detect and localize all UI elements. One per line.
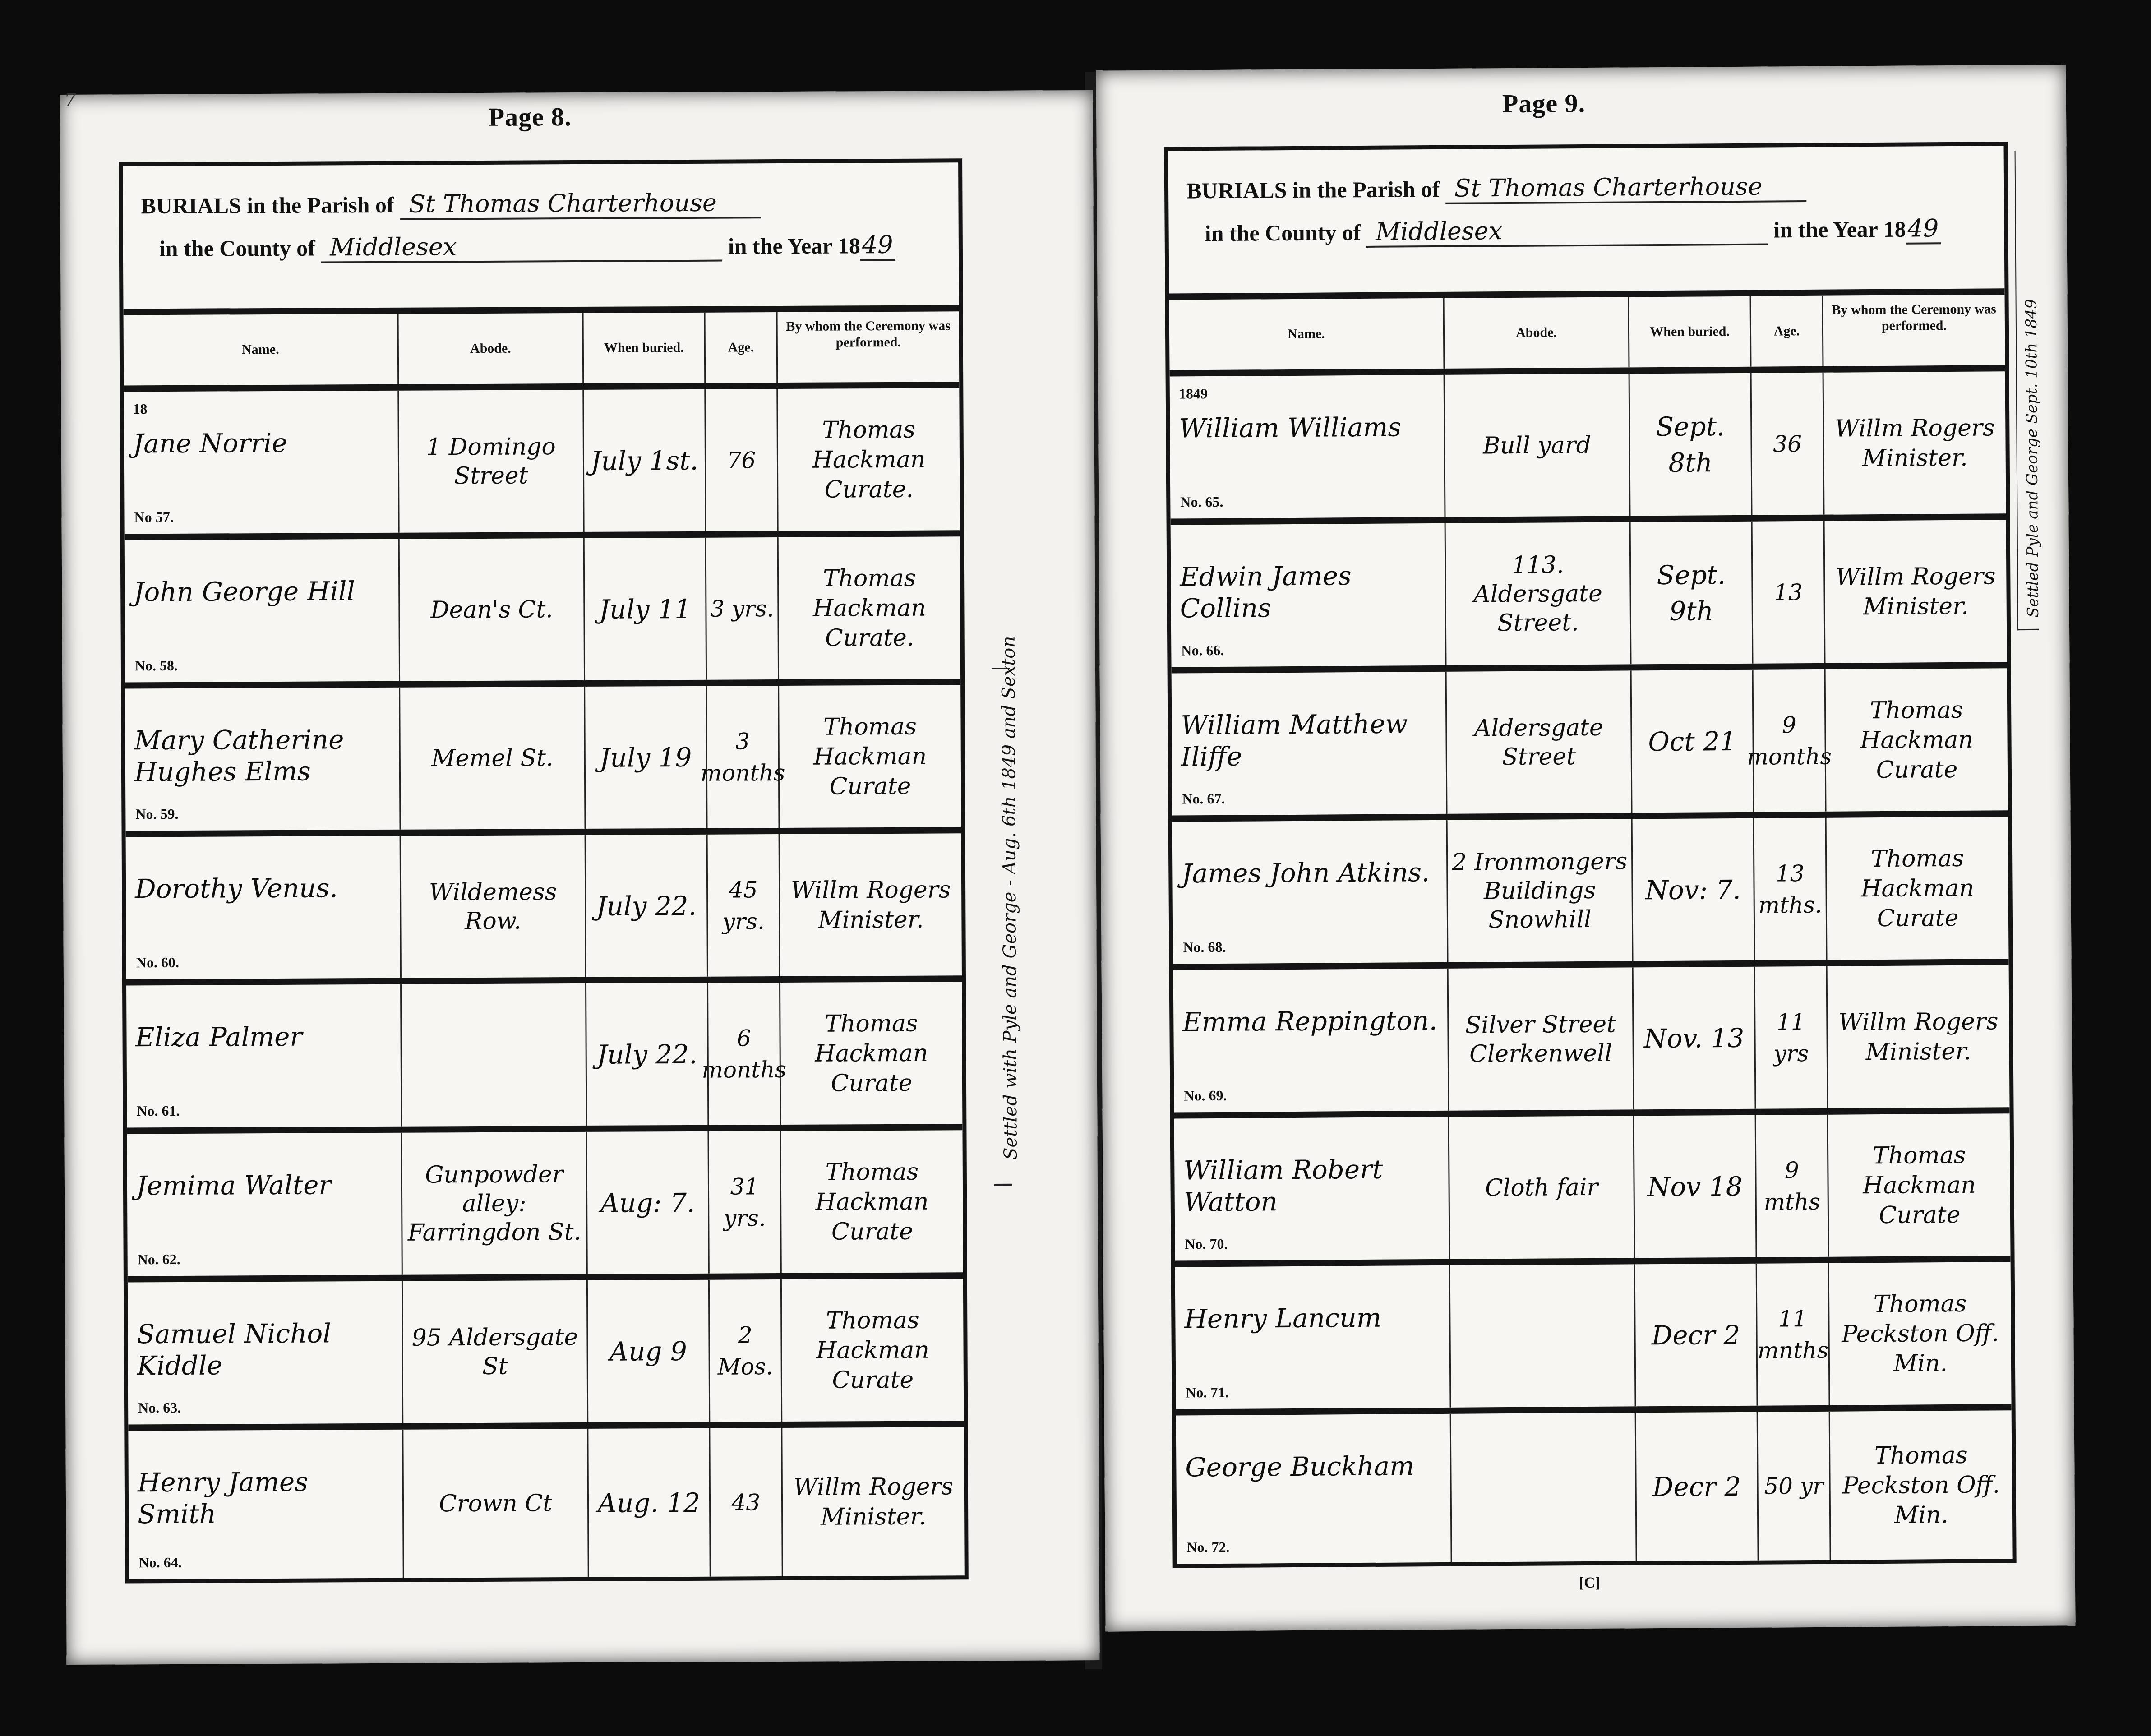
year-field: 49 (860, 231, 895, 261)
entry-when-buried-cell: Aug. 12 (588, 1428, 711, 1577)
entry-name: John George Hill (134, 575, 389, 608)
entry-number: No. 71. (1186, 1384, 1228, 1401)
entry-number: No 57. (134, 509, 173, 526)
entry-age: 31 yrs. (709, 1171, 780, 1234)
entry-age: 11 mnths (1757, 1302, 1828, 1366)
burial-register-table: BURIALS in the Parish of St Thomas Chart… (119, 158, 969, 1583)
entry-name: Henry James Smith (138, 1466, 394, 1530)
entry-when-buried-cell: July 11 (585, 538, 707, 680)
entry-minister: Willm Rogers Minister. (780, 875, 962, 935)
entry-age-cell: 31 yrs. (709, 1131, 781, 1274)
column-header-abode: Abode. (399, 313, 584, 384)
entry-name: George Buckham (1185, 1450, 1441, 1483)
register-header: BURIALS in the Parish of St Thomas Chart… (1168, 146, 2005, 300)
footer-signature-mark: [C] (1579, 1574, 1600, 1592)
entry-minister: Thomas Hackman Curate (780, 1008, 962, 1099)
entry-when-buried: Sept. 9th (1631, 556, 1752, 629)
entry-when-buried-cell: Oct 21 (1632, 670, 1754, 813)
entry-name-cell: John George Hill No. 58. (125, 539, 400, 683)
entry-when-buried: Nov. 13 (1644, 1020, 1745, 1056)
entry-when-buried-cell: July 19 (585, 686, 707, 829)
year-annotation: 18 (133, 401, 147, 417)
entry-abode: 2 Ironmongers Buildings Snowhill (1448, 847, 1632, 934)
entry-when-buried: Aug. 12 (598, 1484, 700, 1521)
entry-abode-cell: Crown Ct (403, 1429, 589, 1578)
column-header-age: Age. (706, 312, 778, 383)
entry-when-buried: July 19 (600, 739, 692, 776)
burial-entry-row: John George Hill No. 58. Dean's Ct. July… (125, 536, 960, 688)
entry-abode: Gunpowder alley: Farringdon St. (402, 1159, 586, 1247)
entry-when-buried: July 22. (597, 1036, 697, 1072)
register-header: BURIALS in the Parish of St Thomas Chart… (123, 162, 959, 315)
entry-name-cell: Mary Catherine Hughes Elms No. 59. (125, 688, 401, 831)
entry-abode: Crown Ct (439, 1489, 552, 1518)
entry-name: Henry Lancum (1184, 1302, 1440, 1334)
entry-age-cell: 3 months (707, 686, 780, 828)
entry-minister: Thomas Hackman Curate. (779, 563, 960, 653)
burial-entry-row: Dorothy Venus. No. 60. Wildemess Row. Ju… (126, 833, 962, 985)
column-headers: Name. Abode. When buried. Age. By whom t… (1169, 295, 2005, 376)
entry-name: James John Atkins. (1182, 856, 1437, 889)
entry-number: No. 58. (135, 657, 178, 674)
entry-name: Samuel Nichol Kiddle (137, 1317, 393, 1381)
entry-abode: Bull yard (1483, 430, 1591, 460)
entry-name: Emma Reppington. (1182, 1005, 1438, 1038)
entry-when-buried-cell: Nov 18 (1634, 1115, 1757, 1258)
entry-minister: Thomas Hackman Curate (1827, 843, 2008, 933)
entry-abode-cell: Dean's Ct. (400, 538, 585, 681)
entry-abode-cell: Bull yard (1445, 374, 1631, 517)
entry-name: Mary Catherine Hughes Elms (134, 724, 391, 788)
entry-abode-cell: Gunpowder alley: Farringdon St. (402, 1132, 587, 1275)
entry-age: 6 months (702, 1022, 786, 1086)
entry-when-buried-cell: Sept. 8th (1630, 373, 1753, 516)
register-page-8: 7 Page 8. BURIALS in the Parish of St Th… (60, 90, 1099, 1665)
parish-field: St Thomas Charterhouse (1445, 172, 1806, 204)
entry-age-cell: 43 (710, 1428, 783, 1577)
entry-name-cell: Samuel Nichol Kiddle No. 63. (128, 1281, 403, 1425)
entry-name-cell: Dorothy Venus. No. 60. (126, 836, 402, 979)
entry-age-cell: 2 Mos. (710, 1279, 782, 1422)
entry-when-buried: Oct 21 (1648, 723, 1736, 759)
entry-age: 3 yrs. (710, 593, 774, 625)
entry-abode-cell: 1 Domingo Street (399, 390, 584, 533)
entry-abode: Cloth fair (1485, 1173, 1598, 1202)
parish-field: St Thomas Charterhouse (400, 188, 761, 220)
burial-entry-row: Mary Catherine Hughes Elms No. 59. Memel… (125, 685, 961, 837)
burial-entry-row: Henry Lancum No. 71. Decr 2 11 mnths Tho… (1175, 1262, 2012, 1415)
year-label: in the Year 18 (728, 233, 860, 259)
entry-minister-cell: Thomas Hackman Curate. (779, 536, 960, 679)
entries: 18 Jane Norrie No 57. 1 Domingo Street J… (124, 388, 964, 1579)
column-header-name: Name. (124, 314, 399, 386)
entry-when-buried-cell: Decr 2 (1636, 1412, 1759, 1561)
entry-when-buried-cell: Nov: 7. (1633, 818, 1755, 961)
entry-abode: 113. Aldersgate Street. (1446, 550, 1630, 637)
burial-entry-row: Samuel Nichol Kiddle No. 63. 95 Aldersga… (128, 1279, 964, 1431)
entry-name-cell: Eliza Palmer No. 61. (126, 984, 402, 1128)
entry-minister-cell: Thomas Peckston Off. Min. (1830, 1410, 2013, 1560)
entry-abode-cell: Wildemess Row. (401, 835, 586, 978)
column-header-minister: By whom the Ceremony was performed. (778, 311, 960, 383)
entry-when-buried: Sept. 8th (1630, 408, 1751, 481)
county-field: Middlesex (321, 231, 722, 263)
entry-abode-cell: Silver Street Clerkenwell (1449, 967, 1634, 1110)
entry-number: No. 69. (1184, 1087, 1227, 1104)
entry-abode-cell: Aldersgate Street (1447, 670, 1633, 813)
entry-when-buried: July 1st. (591, 442, 698, 479)
entry-age: 13 (1774, 577, 1803, 608)
entry-when-buried: July 22. (596, 887, 697, 924)
entry-name: Dorothy Venus. (135, 872, 391, 905)
burial-entry-row: William Matthew Iliffe No. 67. Aldersgat… (1172, 668, 2008, 822)
entry-name-cell: Jemima Walter No. 62. (127, 1133, 402, 1276)
entry-age-cell: 3 yrs. (706, 537, 779, 680)
entry-abode: Dean's Ct. (430, 595, 553, 624)
entry-name: Jemima Walter (136, 1169, 392, 1201)
entry-minister: Willm Rogers Minister. (1825, 561, 2007, 622)
entry-age: 11 yrs (1755, 1006, 1827, 1069)
entry-when-buried: Nov 18 (1648, 1168, 1743, 1205)
margin-note: Settled Pyle and George Sept. 10th 1849 (2022, 299, 2042, 618)
page-number: Page 8. (488, 102, 571, 132)
entry-number: No. 68. (1183, 939, 1226, 956)
entry-abode: Aldersgate Street (1447, 713, 1631, 771)
entry-number: No. 60. (136, 954, 179, 971)
entry-when-buried: Decr 2 (1652, 1468, 1741, 1505)
entry-name: William Robert Watton (1183, 1153, 1440, 1218)
entry-when-buried-cell: July 22. (586, 835, 708, 977)
entry-age: 2 Mos. (710, 1319, 781, 1383)
entry-name-cell: George Buckham No. 72. (1176, 1414, 1452, 1564)
burial-entry-row: Edwin James Collins No. 66. 113. Aldersg… (1171, 520, 2007, 673)
entry-number: No. 63. (138, 1399, 181, 1416)
entry-minister-cell: Thomas Peckston Off. Min. (1829, 1262, 2012, 1405)
entry-number: No. 62. (138, 1251, 180, 1268)
margin-note: Settled with Pyle and George - Aug. 6th … (998, 636, 1021, 1160)
entry-age-cell: 36 (1752, 373, 1825, 515)
entry-age: 9 months (1747, 709, 1832, 772)
entry-age-cell: 9 mths (1756, 1115, 1829, 1257)
entry-when-buried-cell: July 1st. (584, 389, 706, 532)
entry-age-cell: 76 (706, 389, 778, 531)
entry-abode-cell: 113. Aldersgate Street. (1446, 522, 1632, 665)
burial-entry-row: 1849 William Williams No. 65. Bull yard … (1170, 371, 2006, 525)
corner-mark: 7 (64, 90, 76, 111)
entry-abode-cell (1451, 1413, 1637, 1562)
entry-number: No. 67. (1182, 790, 1225, 808)
entry-minister: Thomas Hackman Curate (781, 1157, 963, 1247)
burial-entry-row: William Robert Watton No. 70. Cloth fair… (1174, 1113, 2011, 1267)
entry-name-cell: 1849 William Williams No. 65. (1170, 375, 1446, 519)
entry-abode: 1 Domingo Street (399, 432, 583, 490)
entry-age: 36 (1773, 428, 1802, 460)
burial-entry-row: Henry James Smith No. 64. Crown Ct Aug. … (128, 1427, 964, 1579)
entry-name-cell: James John Atkins. No. 68. (1172, 820, 1449, 964)
entry-abode: Silver Street Clerkenwell (1449, 1010, 1633, 1068)
year-field: 49 (1906, 214, 1941, 244)
entries: 1849 William Williams No. 65. Bull yard … (1170, 371, 2013, 1564)
entry-abode: Memel St. (431, 743, 554, 773)
entry-minister: Willm Rogers Minister. (783, 1472, 965, 1532)
entry-when-buried-cell: Decr 2 (1635, 1264, 1758, 1407)
entry-abode: 95 Aldersgate St (403, 1322, 587, 1381)
entry-minister: Thomas Peckston Off. Min. (1830, 1440, 2012, 1530)
burial-entry-row: James John Atkins. No. 68. 2 Ironmongers… (1172, 817, 2009, 970)
burial-entry-row: Emma Reppington. No. 69. Silver Street C… (1173, 965, 2010, 1118)
entry-minister: Thomas Hackman Curate. (778, 415, 960, 505)
column-header-when-buried: When buried. (1629, 296, 1752, 368)
column-header-minister: By whom the Ceremony was performed. (1823, 295, 2005, 366)
entry-abode-cell: Cloth fair (1449, 1116, 1635, 1259)
entry-minister: Thomas Hackman Curate (779, 711, 961, 802)
entry-minister-cell: Thomas Hackman Curate (1826, 668, 2008, 811)
burial-entry-row: Eliza Palmer No. 61. July 22. 6 months T… (126, 982, 962, 1134)
entry-number: No. 72. (1186, 1539, 1229, 1556)
entry-minister: Thomas Hackman Curate (1828, 1140, 2010, 1230)
entry-number: No. 65. (1180, 494, 1223, 511)
entry-age-cell: 11 yrs (1755, 966, 1828, 1109)
entry-minister-cell: Willm Rogers Minister. (1824, 371, 2006, 514)
entry-age-cell: 50 yr (1758, 1412, 1831, 1561)
entry-name-cell: William Matthew Iliffe No. 67. (1172, 672, 1448, 816)
entry-minister-cell: Willm Rogers Minister. (1828, 965, 2010, 1108)
county-field: Middlesex (1366, 215, 1768, 248)
entry-minister-cell: Willm Rogers Minister. (780, 833, 962, 976)
entry-abode-cell: 2 Ironmongers Buildings Snowhill (1448, 819, 1634, 962)
burial-entry-row: Jemima Walter No. 62. Gunpowder alley: F… (127, 1130, 963, 1282)
county-label: in the County of (1205, 220, 1361, 246)
burial-entry-row: George Buckham No. 72. Decr 2 50 yr Thom… (1176, 1410, 2013, 1564)
entry-minister-cell: Willm Rogers Minister. (782, 1427, 964, 1576)
entry-when-buried: Aug 9 (609, 1333, 687, 1369)
entry-minister-cell: Thomas Hackman Curate (1827, 817, 2009, 960)
entry-name: Jane Norrie (133, 427, 389, 459)
entry-age-cell: 45 yrs. (708, 834, 780, 977)
entry-age-cell: 11 mnths (1757, 1263, 1830, 1406)
entry-when-buried: Aug: 7. (600, 1184, 695, 1221)
column-header-abode: Abode. (1445, 297, 1630, 369)
entry-abode-cell (402, 983, 587, 1127)
entry-minister-cell: Willm Rogers Minister. (1825, 520, 2007, 663)
entry-minister-cell: Thomas Hackman Curate (779, 685, 961, 828)
register-page-9: Page 9. BURIALS in the Parish of St Thom… (1096, 65, 2075, 1631)
entry-when-buried-cell: July 22. (586, 983, 709, 1126)
entry-minister: Willm Rogers Minister. (1824, 413, 2006, 473)
entry-when-buried-cell: Aug: 7. (587, 1131, 709, 1274)
entry-age-cell: 13 mths. (1754, 818, 1828, 960)
entry-name: William Williams (1179, 411, 1435, 444)
entry-when-buried: Nov: 7. (1645, 871, 1741, 908)
entry-age-cell: 13 (1753, 521, 1826, 664)
entry-name-cell: Henry James Smith No. 64. (128, 1430, 404, 1579)
column-headers: Name. Abode. When buried. Age. By whom t… (124, 311, 960, 392)
entry-when-buried-cell: Sept. 9th (1631, 522, 1754, 665)
entry-age: 43 (732, 1487, 761, 1518)
entry-age: 50 yr (1764, 1470, 1823, 1502)
entry-name-cell: 18 Jane Norrie No 57. (124, 391, 399, 534)
entry-number: No. 66. (1181, 642, 1224, 659)
entry-age: 9 mths (1756, 1154, 1828, 1218)
entry-age: 45 yrs. (708, 874, 779, 937)
entry-name: William Matthew Iliffe (1181, 708, 1437, 772)
entry-age: 76 (727, 444, 756, 476)
entry-number: No. 61. (137, 1103, 180, 1119)
entry-minister-cell: Thomas Hackman Curate (782, 1279, 964, 1422)
entry-minister-cell: Thomas Hackman Curate (780, 982, 962, 1125)
entry-age: 3 months (700, 725, 785, 789)
entry-minister-cell: Thomas Hackman Curate (1828, 1113, 2011, 1256)
entry-minister: Thomas Peckston Off. Min. (1829, 1288, 2011, 1379)
entry-abode-cell: Memel St. (400, 687, 586, 830)
entry-minister: Thomas Hackman Curate (1826, 695, 2008, 785)
entry-age-cell: 9 months (1754, 669, 1827, 812)
year-label: in the Year 18 (1773, 217, 1906, 243)
entry-name: Eliza Palmer (135, 1020, 391, 1053)
parish-label: BURIALS in the Parish of (141, 192, 394, 218)
column-header-age: Age. (1751, 296, 1824, 367)
entry-name: Edwin James Collins (1180, 559, 1436, 624)
entry-when-buried: Decr 2 (1652, 1316, 1740, 1353)
burial-entry-row: 18 Jane Norrie No 57. 1 Domingo Street J… (124, 388, 960, 540)
entry-minister-cell: Thomas Hackman Curate (781, 1130, 963, 1273)
entry-when-buried: July 11 (599, 591, 692, 627)
entry-minister-cell: Thomas Hackman Curate. (778, 388, 960, 531)
parish-label: BURIALS in the Parish of (1186, 176, 1440, 203)
burial-register-table: BURIALS in the Parish of St Thomas Chart… (1164, 142, 2016, 1568)
entry-when-buried-cell: Aug 9 (588, 1280, 710, 1422)
entry-abode: Wildemess Row. (401, 877, 585, 936)
county-label: in the County of (159, 235, 315, 262)
entry-minister: Thomas Hackman Curate (782, 1305, 964, 1395)
entry-number: No. 64. (139, 1554, 182, 1571)
column-header-name: Name. (1169, 298, 1445, 370)
entry-age-cell: 6 months (708, 983, 781, 1125)
entry-name-cell: Edwin James Collins No. 66. (1171, 523, 1447, 667)
entry-number: No. 59. (135, 806, 178, 822)
entry-abode-cell: 95 Aldersgate St (403, 1280, 588, 1423)
entry-minister: Willm Rogers Minister. (1828, 1007, 2009, 1067)
entry-name-cell: Henry Lancum No. 71. (1175, 1265, 1451, 1409)
entry-name-cell: William Robert Watton No. 70. (1174, 1117, 1450, 1261)
entry-age: 13 mths. (1754, 857, 1826, 921)
column-header-when-buried: When buried. (584, 313, 706, 383)
entry-abode-cell (1450, 1264, 1636, 1407)
entry-when-buried-cell: Nov. 13 (1634, 967, 1756, 1110)
entry-name-cell: Emma Reppington. No. 69. (1173, 969, 1449, 1113)
page-number: Page 9. (1502, 88, 1586, 119)
entry-number: No. 70. (1185, 1236, 1228, 1253)
year-annotation: 1849 (1179, 385, 1208, 402)
